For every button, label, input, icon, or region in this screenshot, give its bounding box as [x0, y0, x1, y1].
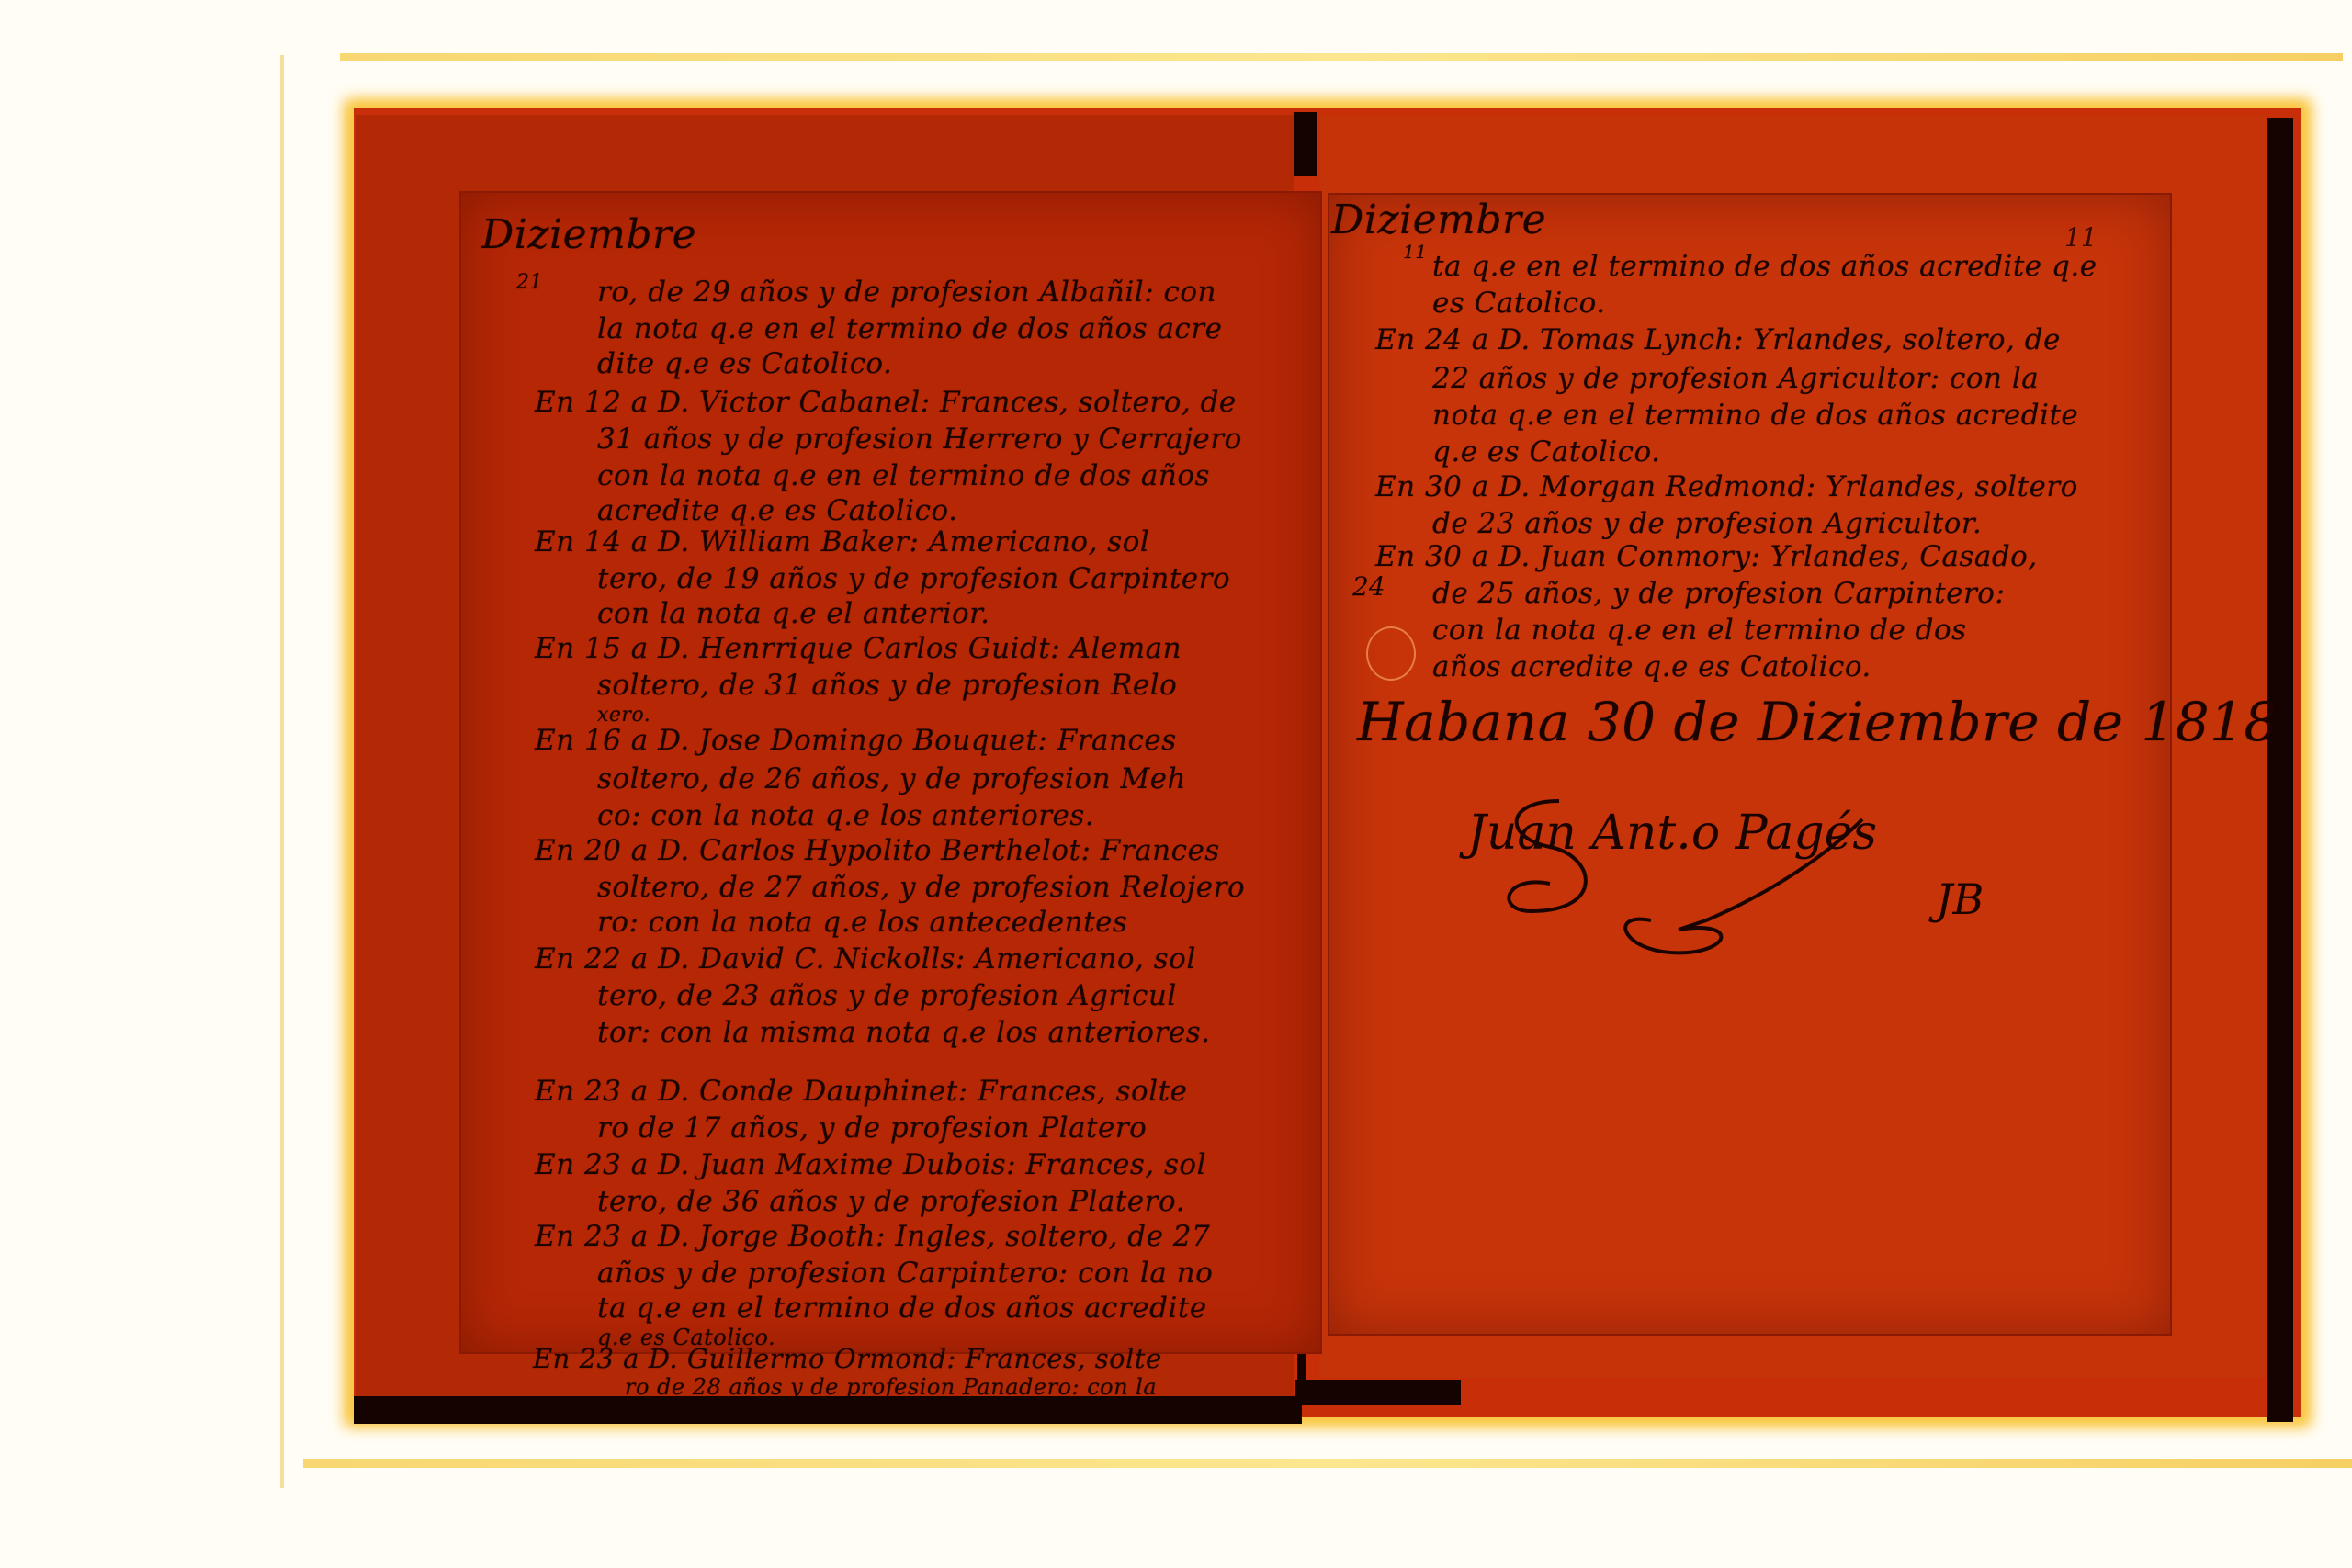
right-page: Diziembre 11 11 24 ta q.e en el termino … — [1328, 193, 2172, 1336]
manuscript-line: ro, de 29 años y de profesion Albañil: c… — [597, 276, 1216, 309]
signature-flourish-icon — [1495, 783, 1881, 966]
manuscript-line: En 23 a D. Juan Maxime Dubois: Frances, … — [535, 1148, 1206, 1181]
manuscript-line: años acredite q.e es Catolico. — [1432, 650, 1871, 683]
manuscript-line: ro: con la nota q.e los antecedentes — [597, 906, 1127, 939]
right-edge-shadow — [2267, 118, 2293, 1422]
manuscript-line: la nota q.e en el termino de dos años ac… — [597, 312, 1222, 345]
manuscript-line: soltero, de 31 años y de profesion Relo — [597, 669, 1177, 702]
manuscript-line: En 20 a D. Carlos Hypolito Berthelot: Fr… — [535, 834, 1220, 867]
frame-line-bottom — [303, 1459, 2352, 1468]
manuscript-line: En 15 a D. Henrrique Carlos Guidt: Alema… — [535, 632, 1182, 665]
manuscript-line: co: con la nota q.e los anteriores. — [597, 799, 1094, 832]
manuscript-line: tor: con la misma nota q.e los anteriore… — [597, 1016, 1211, 1049]
manuscript-line: ta q.e en el termino de dos años acredit… — [597, 1292, 1207, 1325]
manuscript-line: En 23 a D. Jorge Booth: Ingles, soltero,… — [535, 1220, 1210, 1253]
manuscript-line: tero, de 23 años y de profesion Agricul — [597, 979, 1177, 1012]
bottom-right-shadow — [1295, 1380, 1461, 1405]
left-page-heading-day: 21 — [516, 271, 543, 294]
left-page: Diziembre 21 ro, de 29 años y de profesi… — [459, 191, 1322, 1354]
margin-note: 24 — [1352, 571, 1385, 602]
manuscript-line: En 30 a D. Morgan Redmond: Yrlandes, sol… — [1375, 470, 2078, 503]
manuscript-line: acredite q.e es Catolico. — [597, 494, 957, 527]
manuscript-line: dite q.e es Catolico. — [597, 347, 892, 380]
manuscript-line: con la nota q.e en el termino de dos — [1432, 614, 1967, 647]
manuscript-line: tero, de 36 años y de profesion Platero. — [597, 1185, 1185, 1218]
manuscript-line: 31 años y de profesion Herrero y Cerraje… — [597, 423, 1242, 456]
manuscript-line: En 16 a D. Jose Domingo Bouquet: Frances — [535, 724, 1177, 757]
right-page-heading-day: 11 — [1403, 241, 1427, 263]
manuscript-line: ro de 17 años, y de profesion Platero — [597, 1111, 1147, 1145]
manuscript-line: con la nota q.e el anterior. — [597, 597, 989, 630]
right-page-heading: Diziembre — [1331, 197, 1546, 243]
signature-rubric: JB — [1936, 874, 1984, 924]
manuscript-line: En 23 a D. Guillermo Ormond: Frances, so… — [533, 1343, 1162, 1374]
spine-shadow-top — [1294, 112, 1317, 176]
place-date: Habana 30 de Diziembre de 1818 — [1357, 691, 2278, 753]
manuscript-line: q.e es Catolico. — [1432, 435, 1661, 468]
manuscript-line: En 22 a D. David C. Nickolls: Americano,… — [535, 942, 1196, 976]
manuscript-line: En 24 a D. Tomas Lynch: Yrlandes, solter… — [1375, 323, 2061, 356]
bottom-left-shadow — [354, 1396, 1302, 1424]
manuscript-line: de 25 años, y de profesion Carpintero: — [1432, 577, 2005, 610]
manuscript-line: En 12 a D. Victor Cabanel: Frances, solt… — [535, 386, 1237, 419]
frame-line-left — [280, 55, 284, 1488]
left-page-heading: Diziembre — [481, 211, 696, 258]
manuscript-line: En 14 a D. William Baker: Americano, sol — [535, 525, 1149, 558]
manuscript-line: tero, de 19 años y de profesion Carpinte… — [597, 562, 1230, 595]
manuscript-line: ro de 28 años y de profesion Panadero: c… — [625, 1374, 1157, 1400]
manuscript-line: En 30 a D. Juan Conmory: Yrlandes, Casad… — [1375, 540, 2038, 573]
manuscript-line: En 23 a D. Conde Dauphinet: Frances, sol… — [535, 1075, 1187, 1108]
manuscript-line: nota q.e en el termino de dos años acred… — [1432, 399, 2078, 432]
manuscript-line: soltero, de 26 años, y de profesion Meh — [597, 762, 1186, 795]
manuscript-line: ta q.e en el termino de dos años acredit… — [1432, 250, 2098, 283]
manuscript-line: es Catolico. — [1432, 287, 1606, 320]
manuscript-line: con la nota q.e en el termino de dos año… — [597, 459, 1210, 492]
page-number: 11 — [2064, 222, 2098, 253]
manuscript-line: 22 años y de profesion Agricultor: con l… — [1432, 362, 2039, 395]
frame-line-top — [340, 53, 2343, 61]
manuscript-line: de 23 años y de profesion Agricultor. — [1432, 507, 1982, 540]
scratch-mark — [1366, 626, 1416, 681]
manuscript-line: años y de profesion Carpintero: con la n… — [597, 1257, 1213, 1290]
manuscript-line: soltero, de 27 años, y de profesion Relo… — [597, 871, 1245, 904]
